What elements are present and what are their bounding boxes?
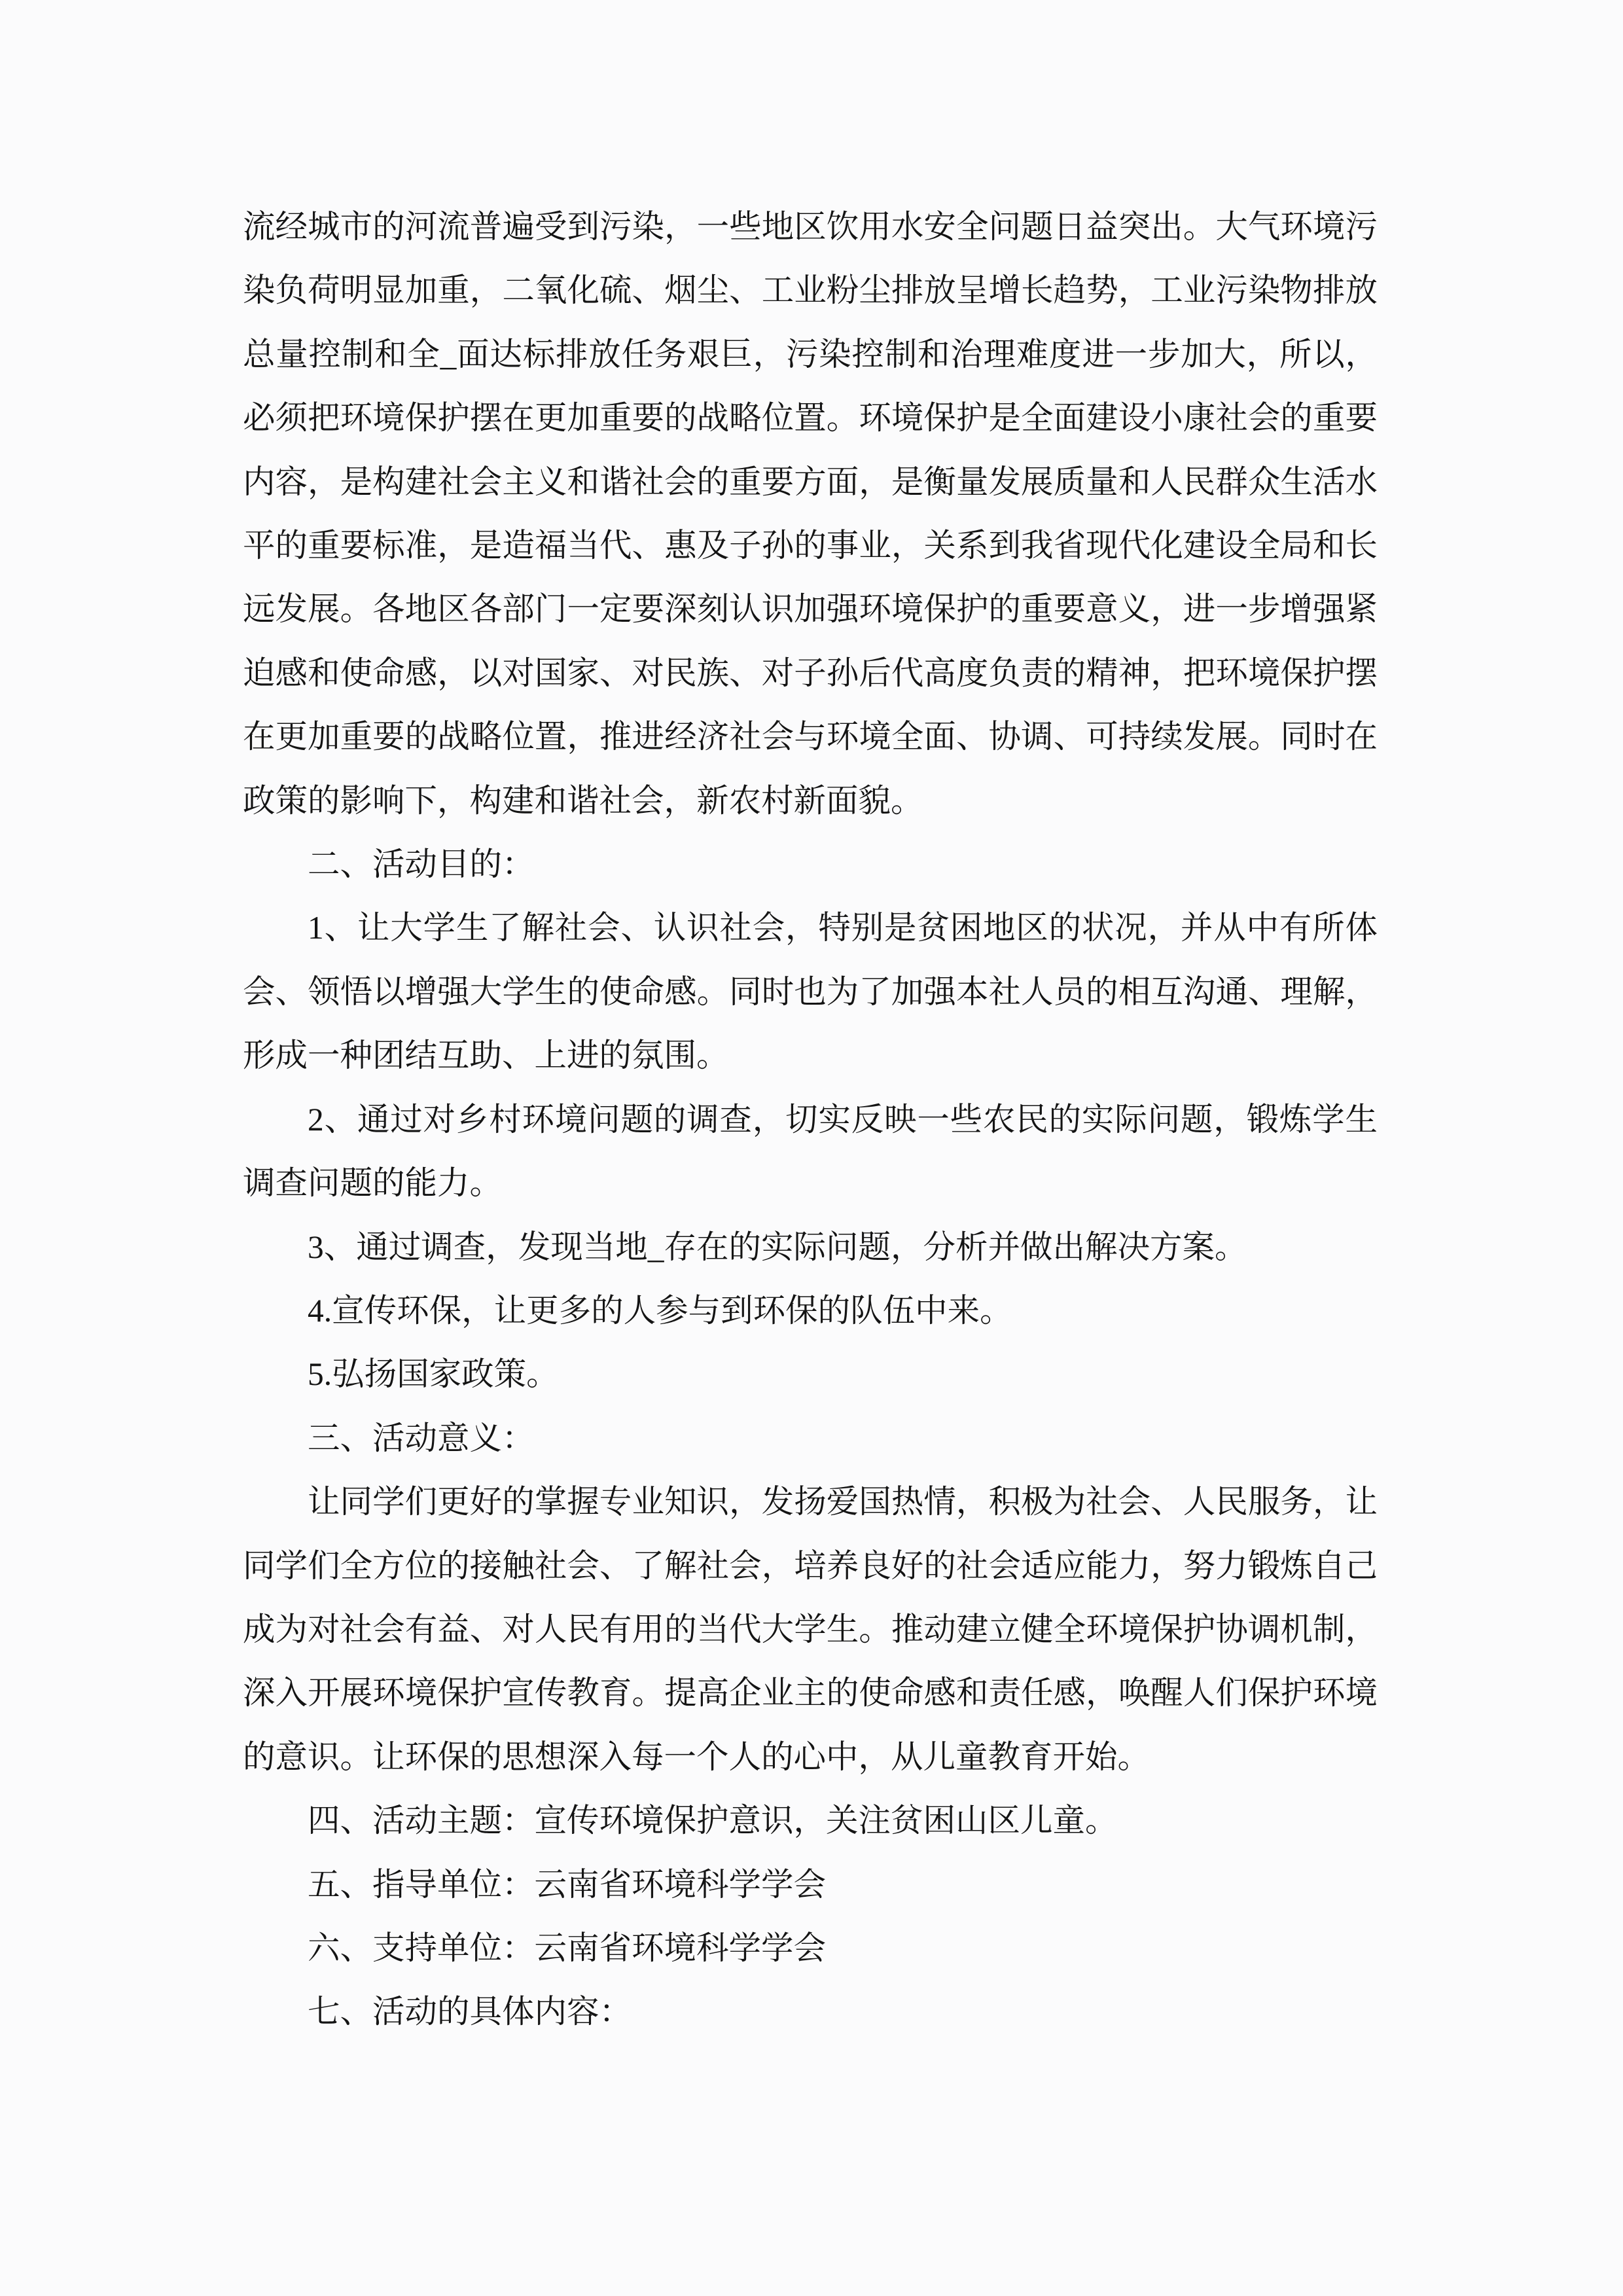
paragraph-purpose-item-2: 2、通过对乡村环境问题的调查，切实反映一些农民的实际问题，锻炼学生调查问题的能力… — [243, 1088, 1378, 1215]
paragraph-purpose-item-3: 3、通过调查，发现当地_存在的实际问题，分析并做出解决方案。 — [243, 1215, 1378, 1279]
paragraph-purpose-item-1: 1、让大学生了解社会、认识社会，特别是贫困地区的状况，并从中有所体会、领悟以增强… — [243, 896, 1378, 1087]
paragraph-significance-body: 让同学们更好的掌握专业知识，发扬爱国热情，积极为社会、人民服务，让同学们全方位的… — [243, 1470, 1378, 1789]
document-body: 流经城市的河流普遍受到污染，一些地区饮用水安全问题日益突出。大气环境污染负荷明显… — [243, 195, 1378, 2044]
paragraph-purpose-item-4: 4.宣传环保，让更多的人参与到环保的队伍中来。 — [243, 1279, 1378, 1342]
paragraph-supporting-unit: 六、支持单位：云南省环境科学学会 — [243, 1916, 1378, 1980]
heading-activity-content: 七、活动的具体内容： — [243, 1980, 1378, 2043]
heading-activity-purpose: 二、活动目的： — [243, 833, 1378, 896]
heading-activity-significance: 三、活动意义： — [243, 1407, 1378, 1470]
paragraph-activity-theme: 四、活动主题：宣传环境保护意识，关注贫困山区儿童。 — [243, 1789, 1378, 1852]
document-page: 流经城市的河流普遍受到污染，一些地区饮用水安全问题日益突出。大气环境污染负荷明显… — [0, 0, 1623, 2296]
paragraph-purpose-item-5: 5.弘扬国家政策。 — [243, 1342, 1378, 1406]
paragraph-continuation: 流经城市的河流普遍受到污染，一些地区饮用水安全问题日益突出。大气环境污染负荷明显… — [243, 195, 1378, 833]
paragraph-guiding-unit: 五、指导单位：云南省环境科学学会 — [243, 1853, 1378, 1916]
